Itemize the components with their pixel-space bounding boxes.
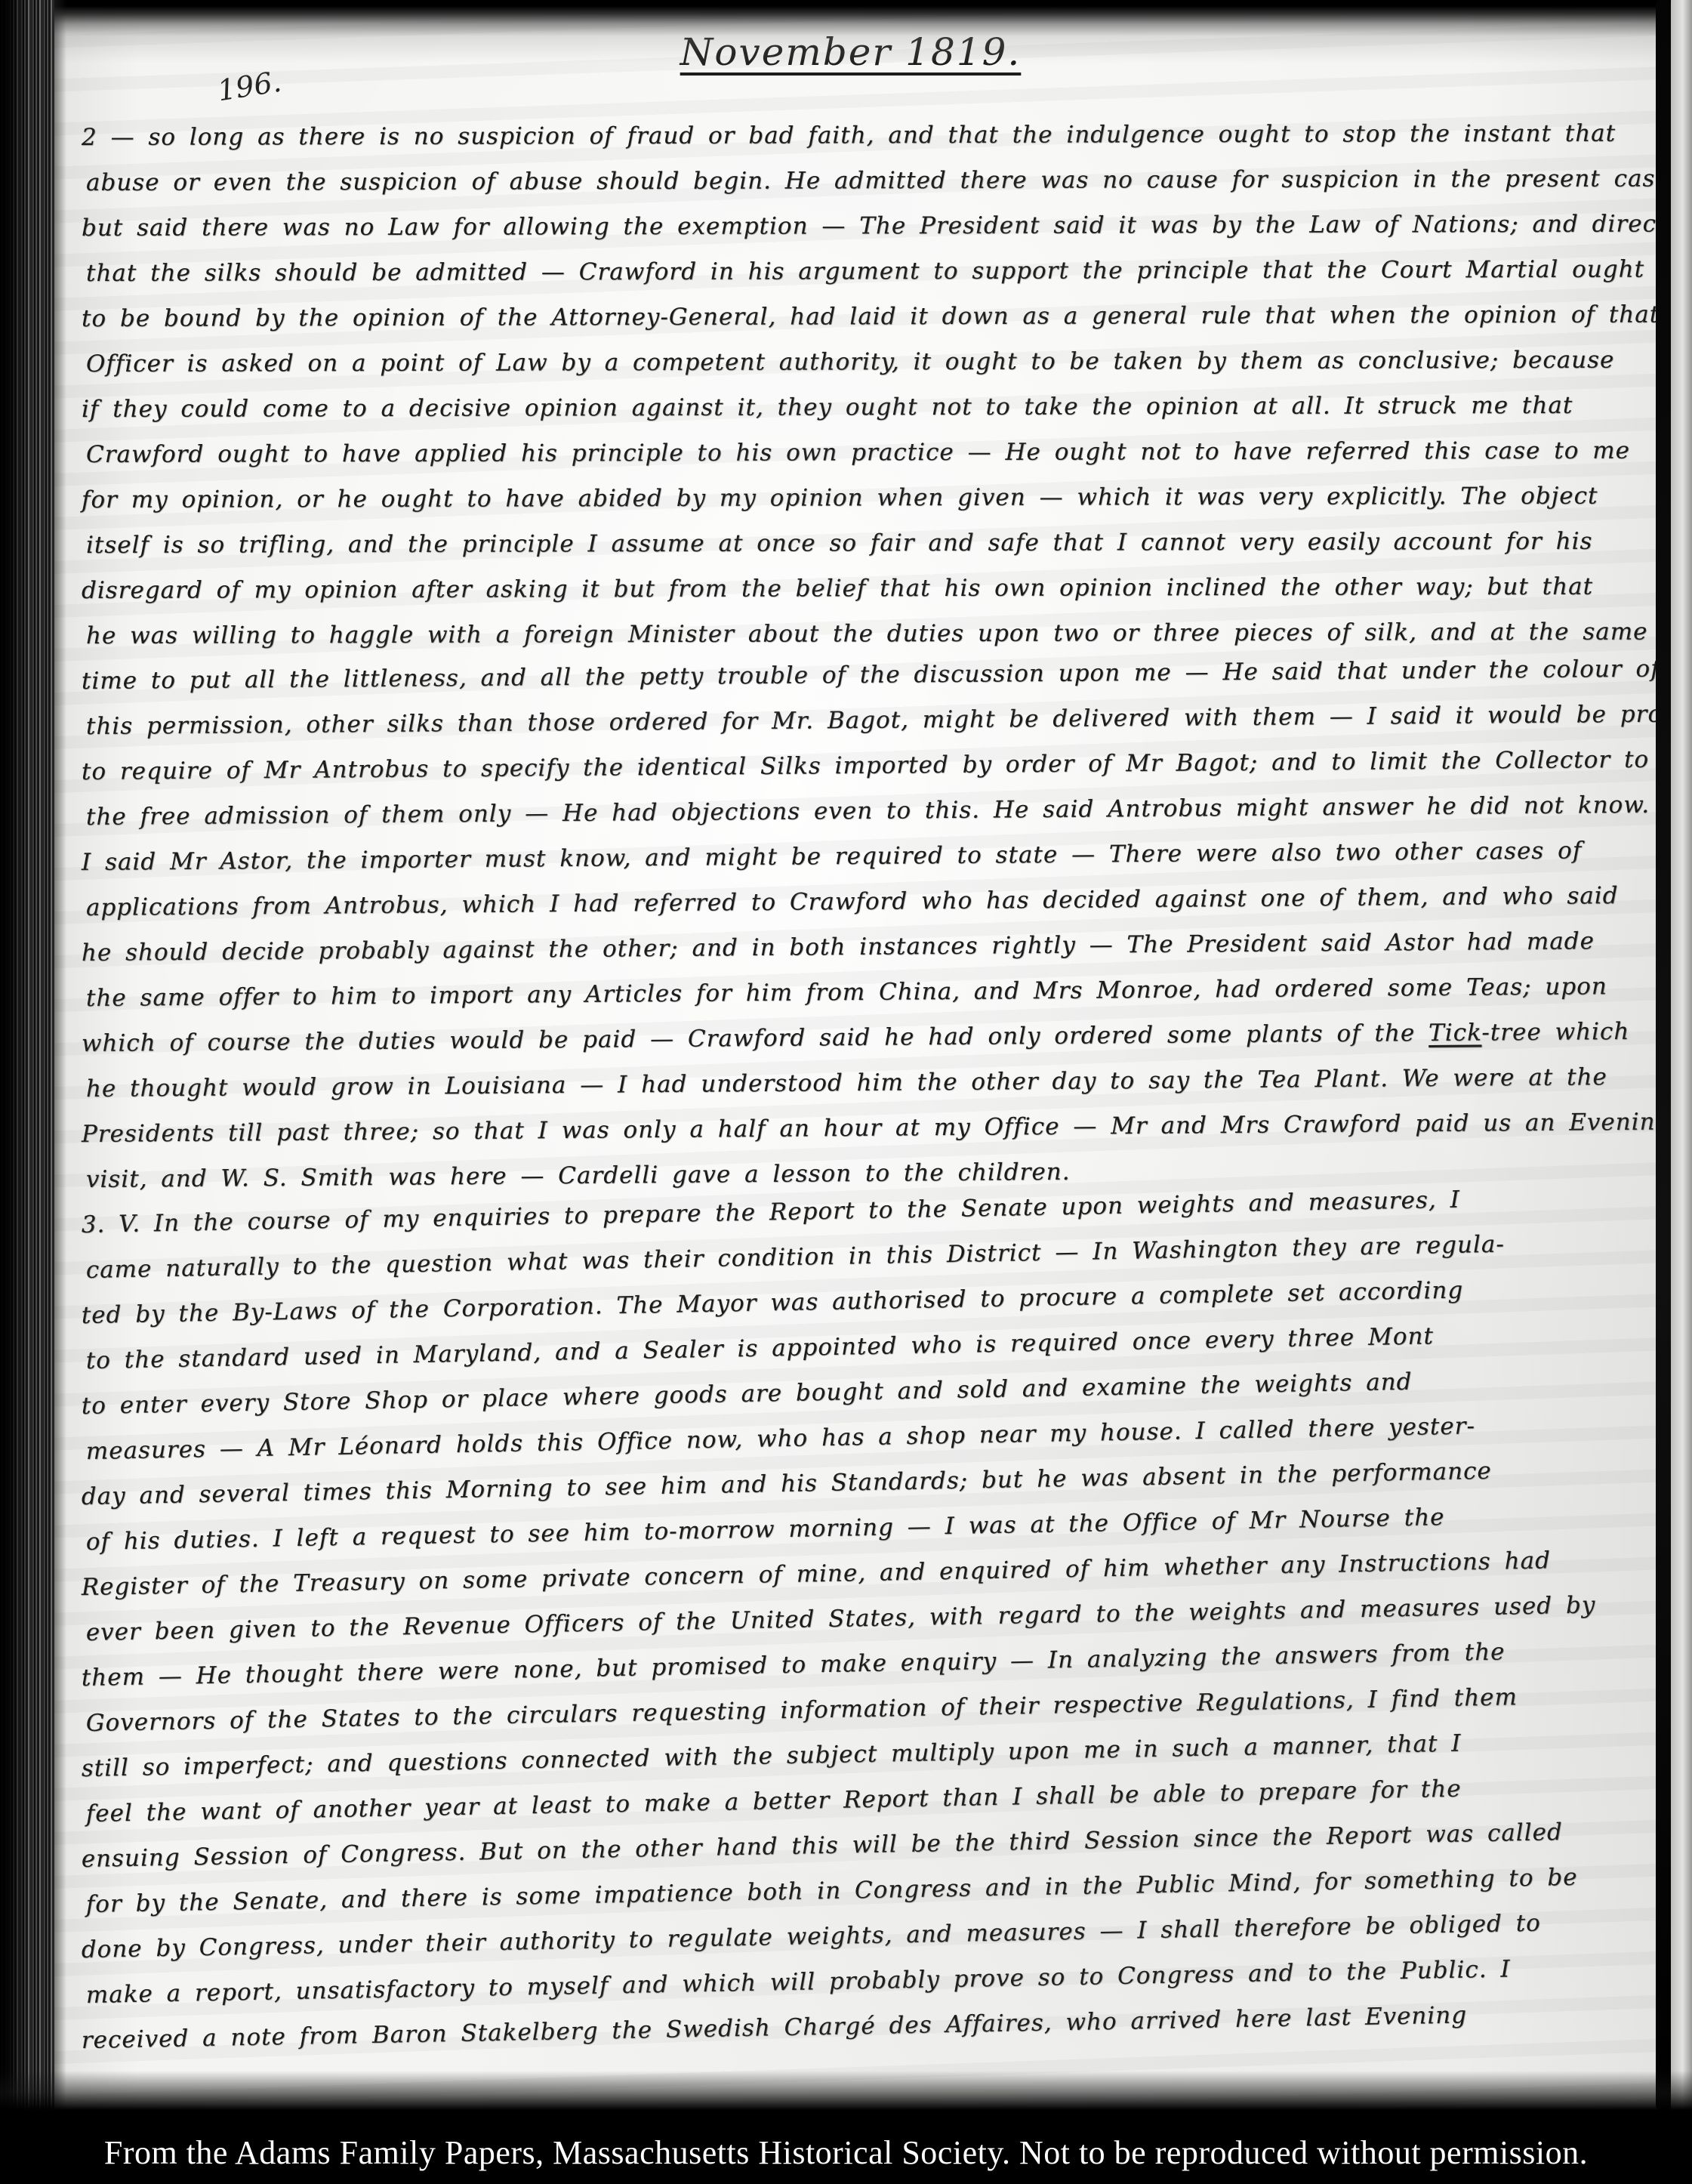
page-right-edge bbox=[1671, 0, 1692, 2110]
manuscript-line: Crawford ought to have applied his princ… bbox=[86, 437, 1648, 486]
manuscript-line: to be bound by the opinion of the Attorn… bbox=[82, 301, 1648, 350]
manuscript-line: that the silks should be admitted — Craw… bbox=[86, 256, 1648, 305]
page-edge-line bbox=[1656, 0, 1671, 2110]
manuscript-line: itself is so trifling, and the principle… bbox=[86, 528, 1648, 577]
manuscript-line: disregard of my opinion after asking it … bbox=[82, 573, 1648, 622]
book-scan: 196. November 1819. 2 — so long as there… bbox=[0, 0, 1692, 2184]
attribution-text: From the Adams Family Papers, Massachuse… bbox=[104, 2133, 1588, 2172]
attribution-bar: From the Adams Family Papers, Massachuse… bbox=[0, 2110, 1692, 2184]
page-bottom-shadow bbox=[0, 2071, 1692, 2110]
manuscript-line: Officer is asked on a point of Law by a … bbox=[86, 347, 1648, 396]
manuscript-line: but said there was no Law for allowing t… bbox=[82, 211, 1648, 260]
page-top-shadow bbox=[0, 0, 1692, 63]
manuscript-line: abuse or even the suspicion of abuse sho… bbox=[86, 165, 1648, 214]
manuscript-page: 196. November 1819. 2 — so long as there… bbox=[42, 5, 1659, 2110]
manuscript-line: if they could come to a decisive opinion… bbox=[82, 392, 1648, 441]
manuscript-line: 2 — so long as there is no suspicion of … bbox=[82, 120, 1648, 169]
manuscript-text: 2 — so long as there is no suspicion of … bbox=[82, 124, 1648, 2072]
manuscript-line: for my opinion, or he ought to have abid… bbox=[82, 483, 1648, 532]
book-binding-edge bbox=[0, 0, 54, 2110]
